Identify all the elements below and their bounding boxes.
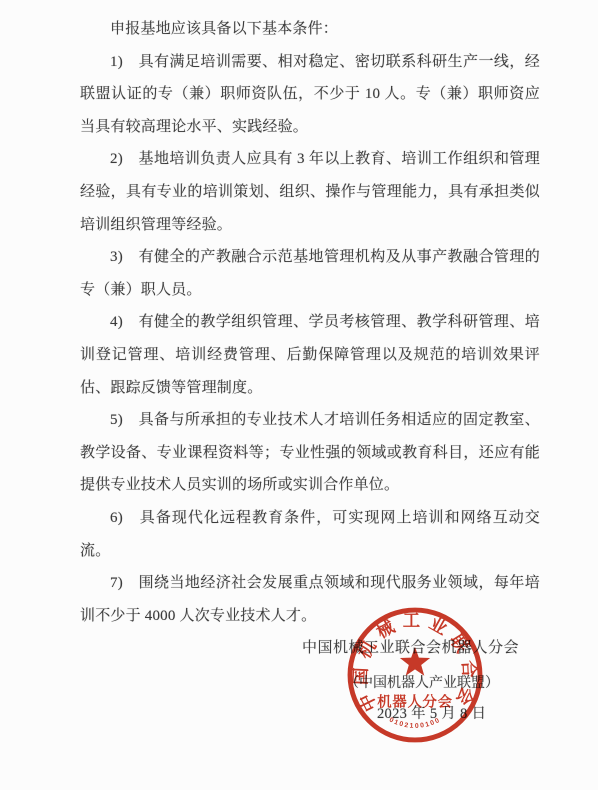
seal-serial-holder: 0102100100 xyxy=(388,717,442,730)
seal-serial-number: 0102100100 xyxy=(388,717,442,730)
doc-paragraph-3: 3) 有健全的产教融合示范基地管理机构及从事产教融合管理的专（兼）职人员。 xyxy=(80,241,540,306)
seal-center-text: 机器人分会 xyxy=(377,693,453,711)
seal-star-icon xyxy=(400,647,430,676)
doc-heading: 申报基地应该具备以下基本条件： xyxy=(80,13,540,46)
document-page: 申报基地应该具备以下基本条件： 1) 具有满足培训需要、相对稳定、密切联系科研生… xyxy=(0,0,598,790)
document-body: 申报基地应该具备以下基本条件： 1) 具有满足培训需要、相对稳定、密切联系科研生… xyxy=(80,13,540,632)
doc-paragraph-2: 2) 基地培训负责人应具有 3 年以上教育、培训工作组织和管理经验，具有专业的培… xyxy=(80,143,540,241)
doc-paragraph-5: 5) 具备与所承担的专业技术人才培训任务相适应的固定教室、教学设备、专业课程资料… xyxy=(80,404,540,502)
doc-paragraph-1: 1) 具有满足培训需要、相对稳定、密切联系科研生产一线，经联盟认证的专（兼）职师… xyxy=(80,46,540,144)
doc-paragraph-6: 6) 具备现代化远程教育条件，可实现网上培训和网络互动交流。 xyxy=(80,502,540,567)
official-seal: 中国机械工业联合会 机器人分会 0102100100 xyxy=(347,607,483,743)
seal-graphic: 中国机械工业联合会 机器人分会 0102100100 xyxy=(347,607,483,743)
doc-paragraph-4: 4) 有健全的教学组织管理、学员考核管理、教学科研管理、培训登记管理、培训经费管… xyxy=(80,306,540,404)
